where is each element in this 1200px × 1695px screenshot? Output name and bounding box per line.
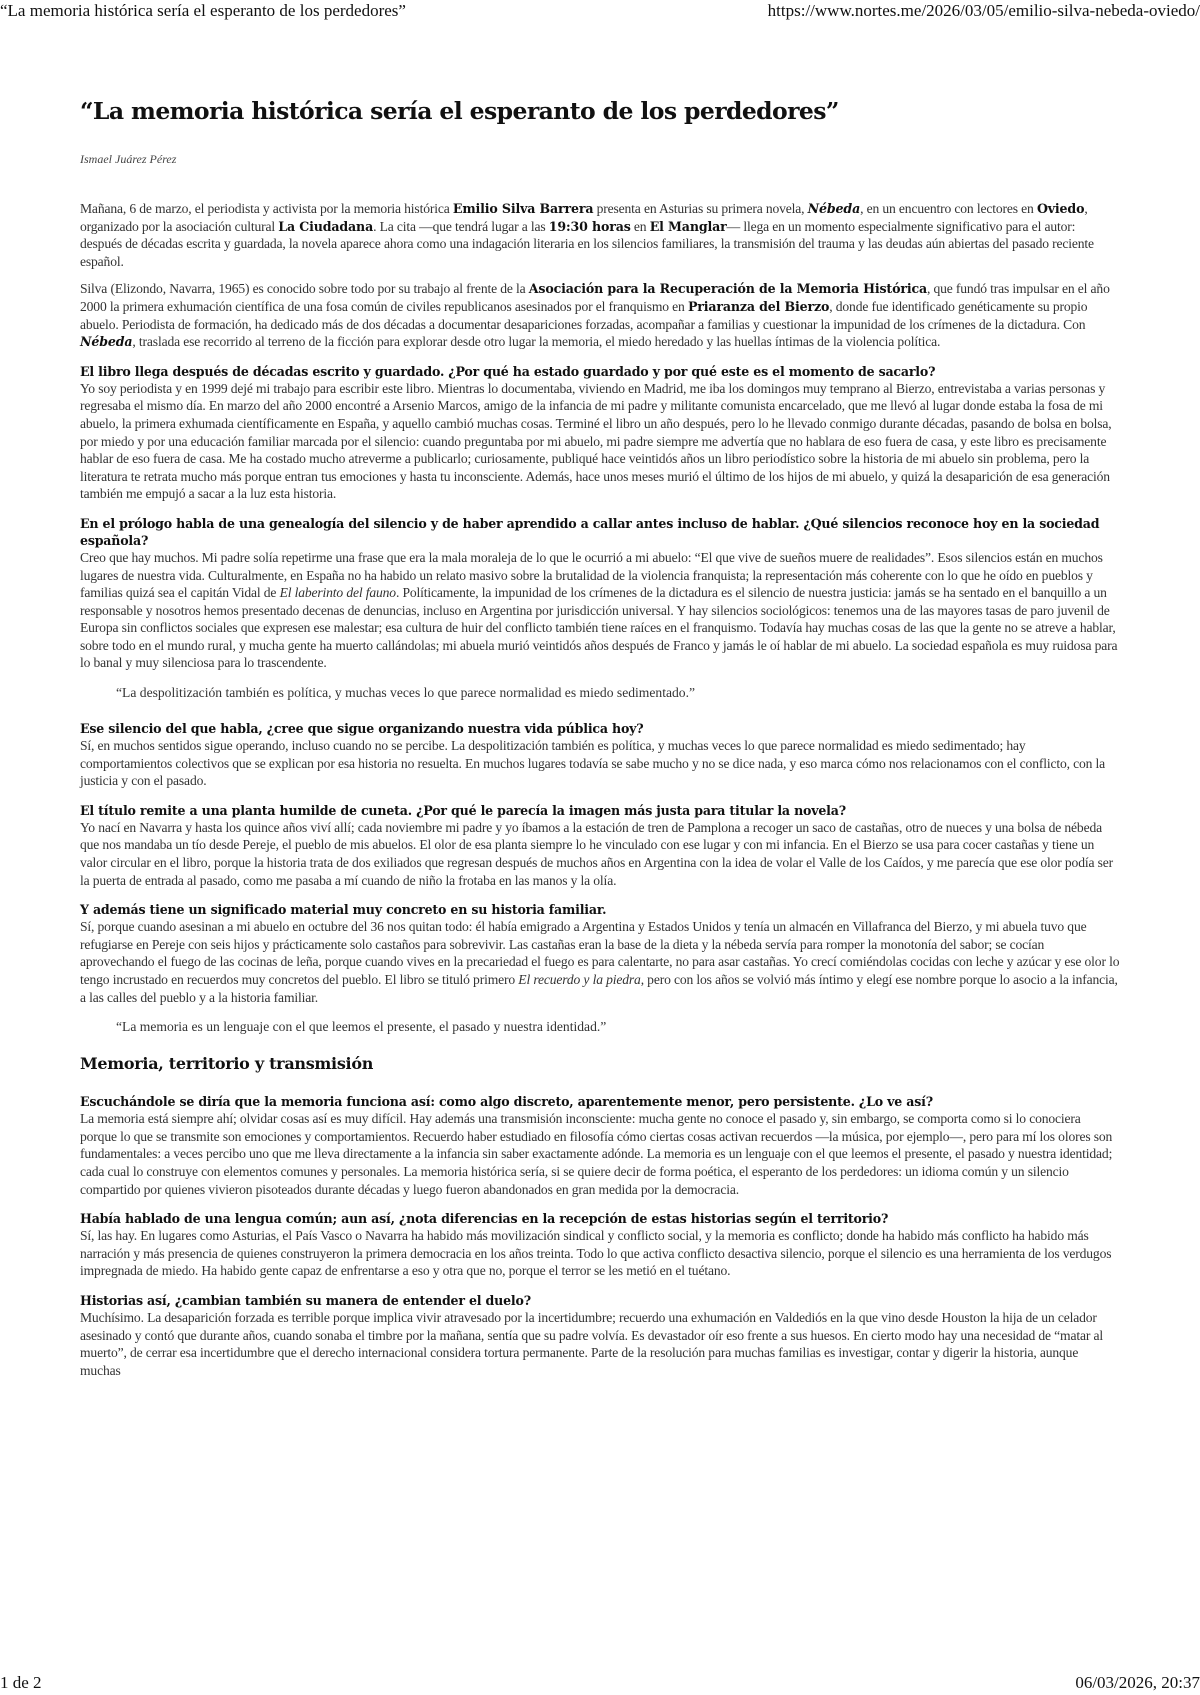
interview-answer: Sí, porque cuando asesinan a mi abuelo e… <box>80 918 1120 1006</box>
bold-emphasis: Oviedo <box>1037 201 1084 216</box>
page-counter: 1 de 2 <box>0 1672 42 1694</box>
print-header: “La memoria histórica sería el esperanto… <box>0 0 1200 24</box>
print-header-url[interactable]: https://www.nortes.me/2026/03/05/emilio-… <box>768 0 1200 24</box>
interview-question: Escuchándole se diría que la memoria fun… <box>80 1093 1120 1110</box>
bold-emphasis: La Ciudadana <box>278 219 373 234</box>
book-title: Nébeda <box>808 201 860 216</box>
bold-emphasis: 19:30 horas <box>549 219 631 234</box>
bold-emphasis: El Manglar <box>650 219 727 234</box>
article-title: “La memoria histórica sería el esperanto… <box>80 96 1120 126</box>
print-datetime: 06/03/2026, 20:37 <box>1075 1672 1200 1694</box>
bold-emphasis: Priaranza del Bierzo <box>688 299 829 314</box>
interview-answer: Sí, las hay. En lugares como Asturias, e… <box>80 1227 1120 1280</box>
author-byline[interactable]: Ismael Juárez Pérez <box>80 152 1120 168</box>
interview-question: Y además tiene un significado material m… <box>80 901 1120 918</box>
interview-question: El libro llega después de décadas escrit… <box>80 363 1120 380</box>
article: “La memoria histórica sería el esperanto… <box>80 96 1120 1389</box>
interview-answer: Sí, en muchos sentidos sigue operando, i… <box>80 737 1120 790</box>
intro-paragraph: Silva (Elizondo, Navarra, 1965) es conoc… <box>80 280 1120 350</box>
interview-answer: La memoria está siempre ahí; olvidar cos… <box>80 1110 1120 1198</box>
interview-question: El título remite a una planta humilde de… <box>80 802 1120 819</box>
pull-quote: “La memoria es un lenguaje con el que le… <box>116 1018 1120 1036</box>
bold-emphasis: Asociación para la Recuperación de la Me… <box>529 281 927 296</box>
interview-question: Historias así, ¿cambian también su maner… <box>80 1292 1120 1309</box>
interview-answer: Yo nací en Navarra y hasta los quince añ… <box>80 819 1120 889</box>
pull-quote: “La despolitización también es política,… <box>116 684 1120 702</box>
book-title: Nébeda <box>80 334 132 349</box>
intro-paragraph: Mañana, 6 de marzo, el periodista y acti… <box>80 200 1120 270</box>
section-heading: Memoria, territorio y transmisión <box>80 1054 1120 1073</box>
italic-title: El laberinto del fauno <box>280 585 396 600</box>
interview-answer: Creo que hay muchos. Mi padre solía repe… <box>80 549 1120 672</box>
bold-emphasis: Emilio Silva Barrera <box>453 201 593 216</box>
interview-question: En el prólogo habla de una genealogía de… <box>80 515 1120 549</box>
interview-question: Ese silencio del que habla, ¿cree que si… <box>80 720 1120 737</box>
print-footer: 1 de 2 06/03/2026, 20:37 <box>0 1672 1200 1694</box>
interview-answer: Muchísimo. La desaparición forzada es te… <box>80 1309 1120 1379</box>
italic-title: El recuerdo y la piedra <box>518 972 640 987</box>
interview-question: Había hablado de una lengua común; aun a… <box>80 1210 1120 1227</box>
interview-answer: Yo soy periodista y en 1999 dejé mi trab… <box>80 380 1120 503</box>
print-header-title: “La memoria histórica sería el esperanto… <box>0 0 406 24</box>
